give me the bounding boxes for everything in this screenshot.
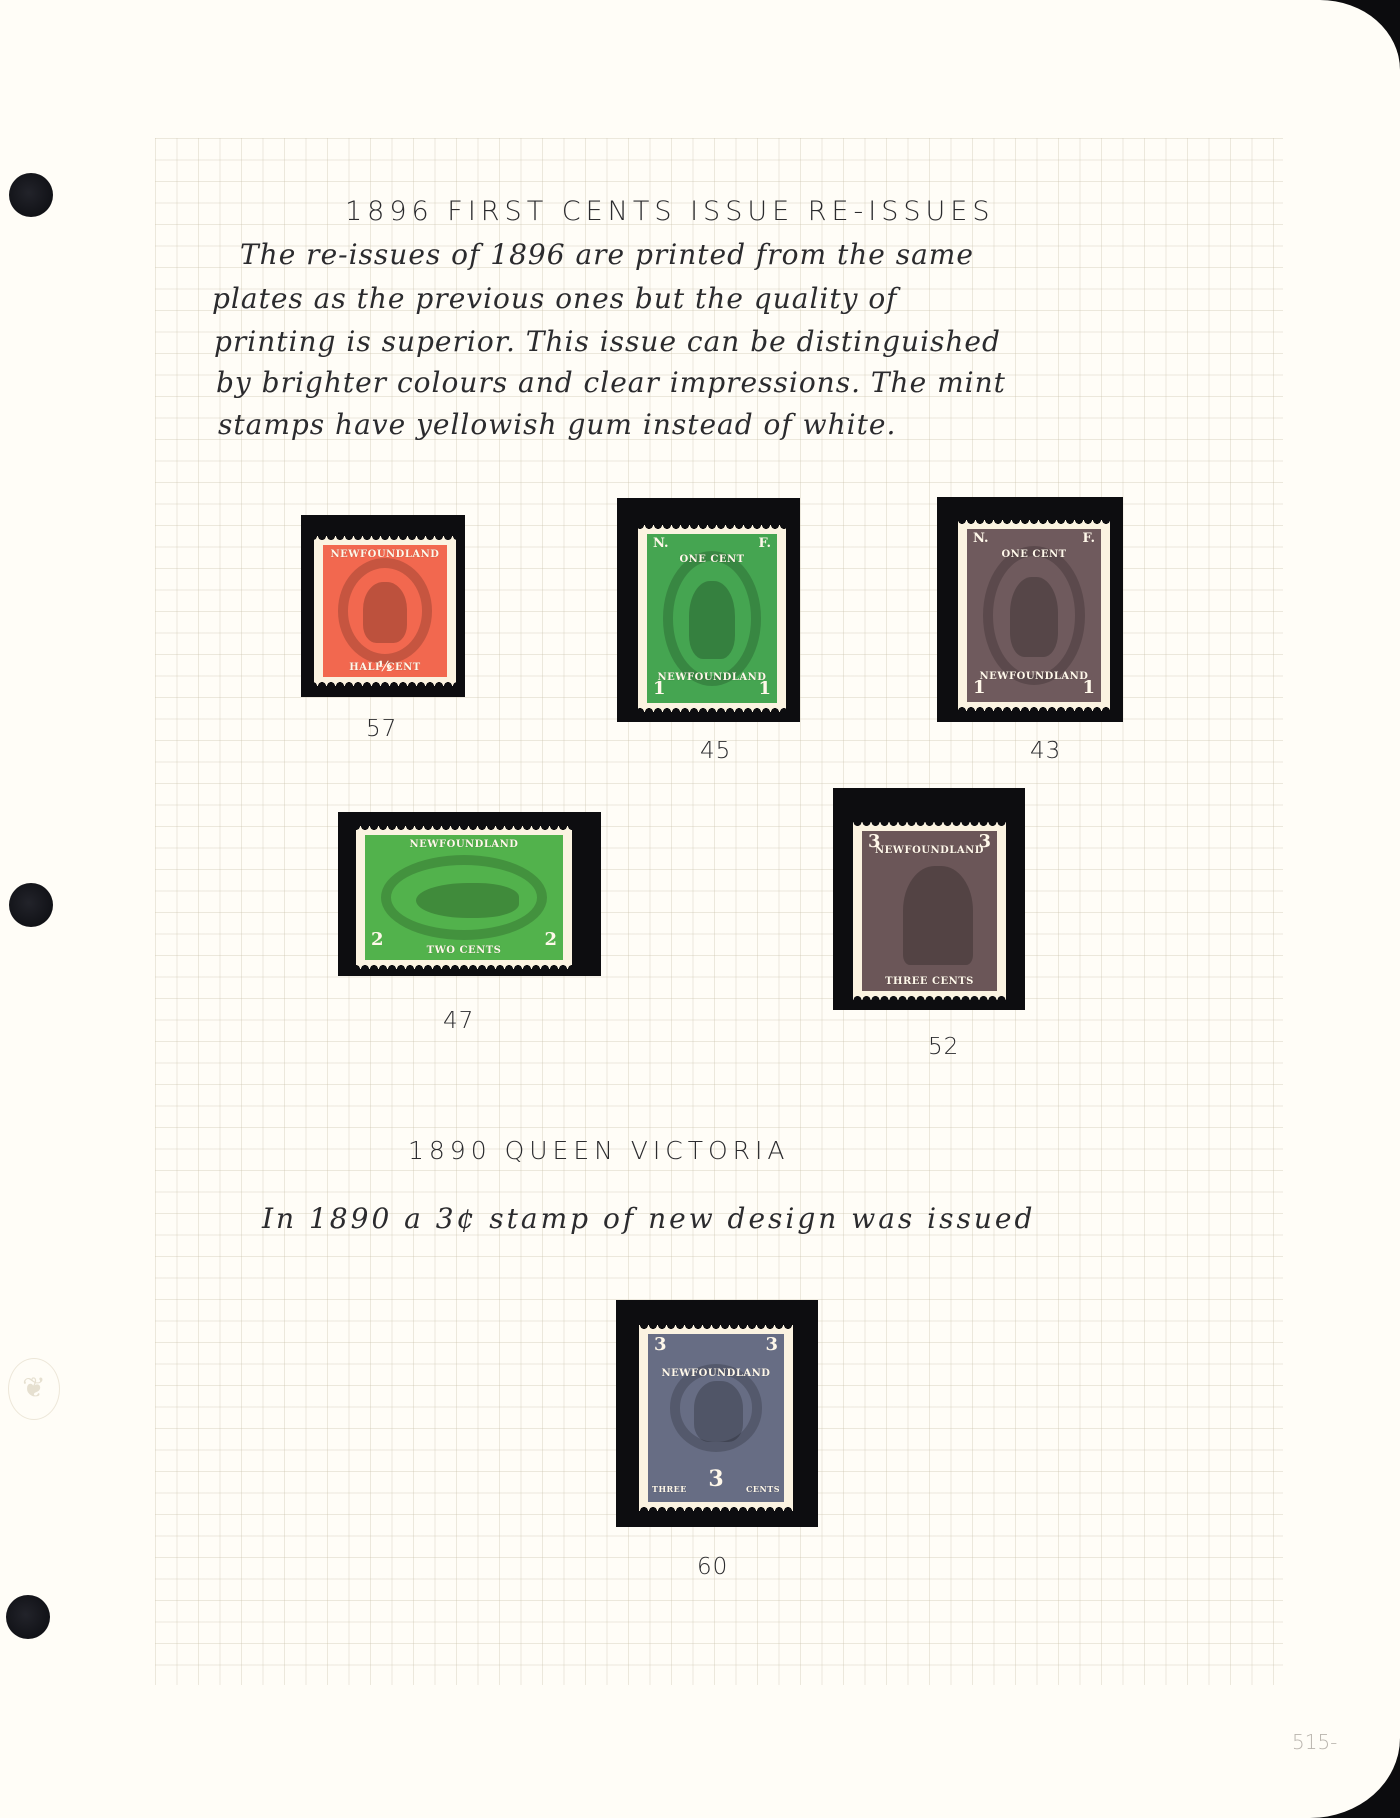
dog-portrait-icon [363,582,408,643]
binder-hole-top [9,173,53,217]
stamp-45: N. F. ONE CENT NEWFOUNDLAND 1 1 [638,525,786,712]
stamp-value: ½ [378,659,393,675]
stamp-value-left: 1 [653,678,666,699]
stamp-47: NEWFOUNDLAND TWO CENTS 2 2 [356,826,572,969]
stamp-value-left: 3 [654,1334,667,1355]
queen-victoria-profile-icon [694,1381,743,1442]
stamp-value-left: 1 [973,677,986,698]
stamp-57: NEWFOUNDLAND HALF CENT ½ [314,536,456,686]
stamp-value-right: 2 [544,929,557,950]
stamp-52: NEWFOUNDLAND THREE CENTS 3 3 [853,822,1006,1000]
stamp-60: 3 3 NEWFOUNDLAND 3 THREE CENTS [639,1325,793,1511]
stamp-value-right: 1 [1082,677,1095,698]
stamp-top-text: NEWFOUNDLAND [875,845,984,856]
album-page: ❦ 1896 FIRST CENTS ISSUE RE-ISSUES The r… [0,0,1400,1818]
stamp-top-text: NEWFOUNDLAND [410,839,519,850]
section2-body: In 1890 a 3¢ stamp of new design was iss… [262,1202,1035,1235]
section1-title: 1896 FIRST CENTS ISSUE RE-ISSUES [345,196,995,227]
catalog-number-label: 57 [366,716,397,742]
stamp-value-left: 3 [868,831,881,852]
stamp-value-right: 3 [765,1334,778,1355]
catalog-number-label: 47 [443,1008,474,1034]
codfish-icon [416,883,519,918]
section1-body-line: stamps have yellowish gum instead of whi… [218,408,896,441]
section1-body-line: by brighter colours and clear impression… [216,366,1006,399]
stamp-value-center: 3 [708,1466,723,1492]
stamp-bottom-right-text: CENTS [746,1484,780,1494]
catalog-number-label: 45 [700,738,731,764]
stamp-bottom-text: THREE CENTS [885,976,974,987]
section2-title: 1890 QUEEN VICTORIA [408,1136,790,1165]
stamp-bottom-left-text: THREE [652,1484,687,1494]
section1-body-line: plates as the previous ones but the qual… [212,282,898,315]
prince-portrait-icon [689,581,736,659]
embossed-seal-icon: ❦ [8,1358,60,1420]
prince-portrait-icon [1010,577,1058,657]
stamp-43: N. F. ONE CENT NEWFOUNDLAND 1 1 [958,520,1110,711]
stamp-top-text: ONE CENT [1001,549,1066,560]
section1-body-line: The re-issues of 1896 are printed from t… [240,238,974,271]
catalog-number-label: 52 [928,1034,959,1060]
binder-hole-bottom [6,1595,50,1639]
stamp-top-text: ONE CENT [679,554,744,565]
catalog-number-label: 60 [697,1554,728,1580]
stamp-bottom-text: TWO CENTS [427,945,502,956]
stamp-top-text: NEWFOUNDLAND [331,549,440,560]
catalog-number-label: 43 [1030,738,1061,764]
queen-victoria-portrait-icon [903,866,973,965]
stamp-bottom-text: NEWFOUNDLAND [658,672,767,683]
stamp-top-text: NEWFOUNDLAND [662,1368,771,1379]
stamp-bottom-text: NEWFOUNDLAND [980,671,1089,682]
section1-body-line: printing is superior. This issue can be … [214,325,1001,358]
stamp-value-right: 3 [978,831,991,852]
binder-hole-middle [9,883,53,927]
pencil-price-note: 515- [1292,1730,1337,1754]
stamp-value-right: 1 [758,678,771,699]
stamp-value-left: 2 [371,929,384,950]
